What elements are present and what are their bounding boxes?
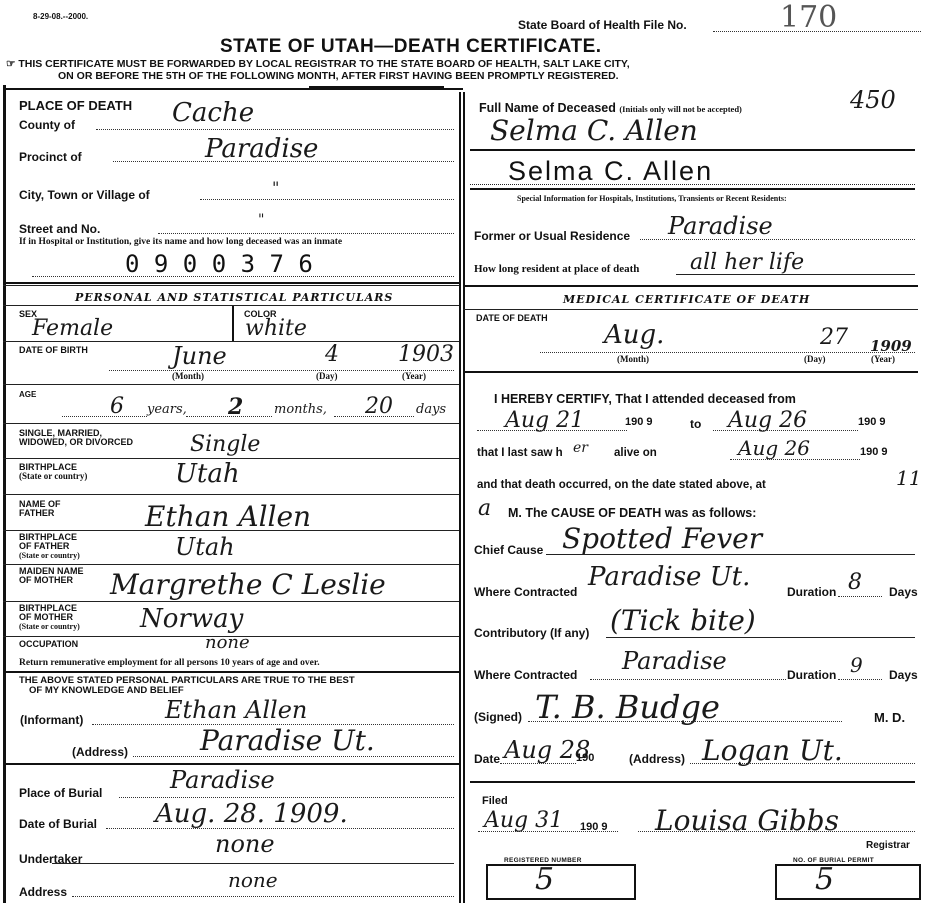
dod-label: DATE OF DEATH bbox=[476, 314, 548, 323]
special-info-note: Special Information for Hospitals, Insti… bbox=[517, 194, 787, 203]
place-of-death-heading: PLACE OF DEATH bbox=[19, 98, 132, 113]
county-label: County of bbox=[19, 118, 75, 132]
medical-heading: MEDICAL CERTIFICATE OF DEATH bbox=[563, 293, 810, 306]
instruction-line-2: ON OR BEFORE THE 5TH OF THE FOLLOWING MO… bbox=[58, 70, 619, 82]
contributory-field[interactable]: (Tick bite) bbox=[610, 604, 756, 637]
chief-duration-field[interactable]: 8 bbox=[848, 570, 862, 595]
father-name-label: NAME OFFATHER bbox=[19, 500, 61, 518]
mother-birthplace-field[interactable]: Norway bbox=[140, 604, 243, 634]
undertaker-address-label: Address bbox=[19, 885, 67, 899]
instruction-line-1: ☞ THIS CERTIFICATE MUST BE FORWARDED BY … bbox=[6, 58, 630, 70]
burial-date-label: Date of Burial bbox=[19, 817, 97, 831]
physician-address-label: (Address) bbox=[629, 752, 685, 766]
hospital-note: If in Hospital or Institution, give its … bbox=[19, 237, 342, 247]
registrar-label: Registrar bbox=[866, 840, 910, 851]
color-field[interactable]: white bbox=[245, 316, 307, 341]
registered-number-box bbox=[486, 864, 636, 900]
filed-date-field[interactable]: Aug 31 bbox=[484, 808, 563, 833]
to-word: to bbox=[690, 417, 701, 431]
street-field[interactable]: " bbox=[258, 212, 264, 228]
document-title: STATE OF UTAH—DEATH CERTIFICATE. bbox=[220, 36, 602, 58]
file-number: 170 bbox=[780, 0, 837, 35]
physician-signature[interactable]: T. B. Budge bbox=[535, 688, 720, 726]
burial-permit-box bbox=[775, 864, 921, 900]
file-number-label: State Board of Health File No. bbox=[518, 18, 687, 32]
resident-length-field[interactable]: all her life bbox=[690, 250, 804, 275]
chief-where-field[interactable]: Paradise Ut. bbox=[588, 562, 750, 592]
street-label: Street and No. bbox=[19, 222, 100, 236]
alive-on-field[interactable]: Aug 26 bbox=[738, 436, 810, 460]
chief-days-label: Days bbox=[889, 585, 918, 599]
age-months-field[interactable]: 2 bbox=[228, 394, 243, 420]
contrib-days-label: Days bbox=[889, 668, 918, 682]
physician-address-field[interactable]: Logan Ut. bbox=[702, 734, 843, 767]
month-caption: (Month) bbox=[172, 371, 204, 381]
certify-intro: I HEREBY CERTIFY, That I attended deceas… bbox=[494, 392, 796, 406]
dob-month-field[interactable]: June bbox=[172, 342, 227, 370]
mother-birthplace-label: BIRTHPLACEOF MOTHER(State or country) bbox=[19, 604, 80, 631]
alive-on-label: alive on bbox=[614, 447, 657, 459]
father-name-field[interactable]: Ethan Allen bbox=[145, 500, 311, 533]
attended-from-field[interactable]: Aug 21 bbox=[505, 408, 584, 433]
contrib-duration-field[interactable]: 9 bbox=[850, 653, 863, 677]
registered-number-field[interactable]: 5 bbox=[535, 862, 554, 897]
chief-cause-field[interactable]: Spotted Fever bbox=[562, 522, 762, 555]
cause-intro: M. The CAUSE OF DEATH was as follows: bbox=[508, 506, 756, 520]
year-caption: (Year) bbox=[402, 371, 426, 381]
days-word: days bbox=[416, 402, 446, 417]
contrib-where-field[interactable]: Paradise bbox=[622, 647, 727, 675]
marital-label: SINGLE, MARRIED,WIDOWED, OR DIVORCED bbox=[19, 429, 133, 447]
age-label: AGE bbox=[19, 390, 36, 399]
full-name-label: Full Name of Deceased (Initials only wil… bbox=[479, 101, 742, 115]
deceased-name-printed: Selma C. Allen bbox=[508, 156, 713, 187]
contributory-label: Contributory (If any) bbox=[474, 626, 589, 640]
chief-duration-label: Duration bbox=[787, 585, 836, 599]
dod-day-caption: (Day) bbox=[804, 354, 826, 364]
burial-place-field[interactable]: Paradise bbox=[170, 766, 275, 794]
contrib-duration-label: Duration bbox=[787, 668, 836, 682]
resident-length-label: How long resident at place of death bbox=[474, 263, 639, 275]
dod-month-caption: (Month) bbox=[617, 354, 649, 364]
precinct-label: Procinct of bbox=[19, 150, 82, 164]
death-time-text: and that death occurred, on the date sta… bbox=[477, 479, 766, 491]
county-field[interactable]: Cache bbox=[172, 98, 254, 128]
dob-year-field[interactable]: 1903 bbox=[398, 342, 454, 367]
undertaker-field[interactable]: none bbox=[215, 830, 275, 858]
burial-place-label: Place of Burial bbox=[19, 786, 102, 800]
birthplace-label: BIRTHPLACE(State or country) bbox=[19, 463, 87, 481]
dod-year-field[interactable]: 1909 bbox=[870, 337, 912, 355]
pointing-hand-icon: ☞ bbox=[6, 58, 15, 70]
personal-heading: PERSONAL AND STATISTICAL PARTICULARS bbox=[75, 291, 393, 304]
alive-on-year: 190 9 bbox=[860, 446, 888, 458]
attended-to-year: 190 9 bbox=[858, 416, 886, 428]
signed-year: 190 bbox=[576, 752, 594, 764]
city-field[interactable]: " bbox=[272, 178, 279, 197]
residence-label: Former or Usual Residence bbox=[474, 229, 630, 243]
dob-label: DATE OF BIRTH bbox=[19, 346, 88, 355]
certificate-number: 0 9 0 0 3 7 6 bbox=[125, 250, 313, 278]
age-days-field[interactable]: 20 bbox=[365, 394, 393, 419]
father-birthplace-label: BIRTHPLACEOF FATHER(State or country) bbox=[19, 533, 80, 560]
age-years-field[interactable]: 6 bbox=[110, 394, 124, 419]
signed-date-label: Date bbox=[474, 752, 500, 766]
undertaker-address-field[interactable]: none bbox=[228, 868, 278, 892]
precinct-field[interactable]: Paradise bbox=[205, 134, 318, 164]
mother-name-field[interactable]: Margrethe C Leslie bbox=[110, 568, 386, 601]
burial-date-field[interactable]: Aug. 28. 1909. bbox=[155, 799, 348, 829]
city-label: City, Town or Village of bbox=[19, 188, 150, 202]
contrib-where-label: Where Contracted bbox=[474, 668, 577, 682]
birthplace-field[interactable]: Utah bbox=[175, 459, 240, 489]
informant-field[interactable]: Ethan Allen bbox=[165, 696, 307, 724]
occupation-field[interactable]: none bbox=[205, 632, 250, 653]
signed-label: (Signed) bbox=[474, 710, 522, 724]
informant-label: (Informant) bbox=[20, 713, 83, 727]
chief-where-label: Where Contracted bbox=[474, 585, 577, 599]
filed-year: 190 9 bbox=[580, 821, 608, 833]
occupation-label: OCCUPATION bbox=[19, 640, 78, 649]
sex-field[interactable]: Female bbox=[32, 316, 113, 341]
occupation-note: Return remunerative employment for all p… bbox=[19, 658, 320, 668]
burial-permit-field[interactable]: 5 bbox=[815, 862, 834, 897]
filed-label: Filed bbox=[482, 795, 508, 807]
day-caption: (Day) bbox=[316, 371, 338, 381]
dod-year-caption: (Year) bbox=[871, 354, 895, 364]
md-label: M. D. bbox=[874, 710, 905, 725]
father-birthplace-field[interactable]: Utah bbox=[175, 533, 235, 561]
dod-month-field[interactable]: Aug. bbox=[604, 320, 664, 350]
last-saw-pronoun[interactable]: er bbox=[573, 440, 588, 456]
years-word: years, bbox=[147, 402, 187, 417]
death-hour-field[interactable]: 11 bbox=[896, 466, 921, 490]
mother-name-label: MAIDEN NAMEOF MOTHER bbox=[19, 567, 84, 585]
form-code: 8-29-08.--2000. bbox=[33, 12, 88, 21]
dob-day-field[interactable]: 4 bbox=[325, 342, 339, 367]
chief-cause-label: Chief Cause bbox=[474, 543, 543, 557]
marital-field[interactable]: Single bbox=[190, 432, 260, 457]
residence-field[interactable]: Paradise bbox=[668, 212, 773, 240]
meridiem-field[interactable]: a bbox=[478, 496, 491, 521]
attended-to-field[interactable]: Aug 26 bbox=[728, 408, 807, 433]
months-word: months, bbox=[274, 402, 327, 417]
dod-day-field[interactable]: 27 bbox=[820, 325, 848, 350]
attended-from-year: 190 9 bbox=[625, 416, 653, 428]
informant-address-field[interactable]: Paradise Ut. bbox=[200, 724, 375, 757]
attestation-text: THE ABOVE STATED PERSONAL PARTICULARS AR… bbox=[19, 676, 355, 696]
last-saw-label: that I last saw h bbox=[477, 447, 563, 459]
registrar-signature[interactable]: Louisa Gibbs bbox=[655, 804, 839, 837]
margin-number: 450 bbox=[850, 86, 896, 114]
deceased-name-handwritten[interactable]: Selma C. Allen bbox=[490, 114, 698, 147]
informant-address-label: (Address) bbox=[72, 745, 128, 759]
